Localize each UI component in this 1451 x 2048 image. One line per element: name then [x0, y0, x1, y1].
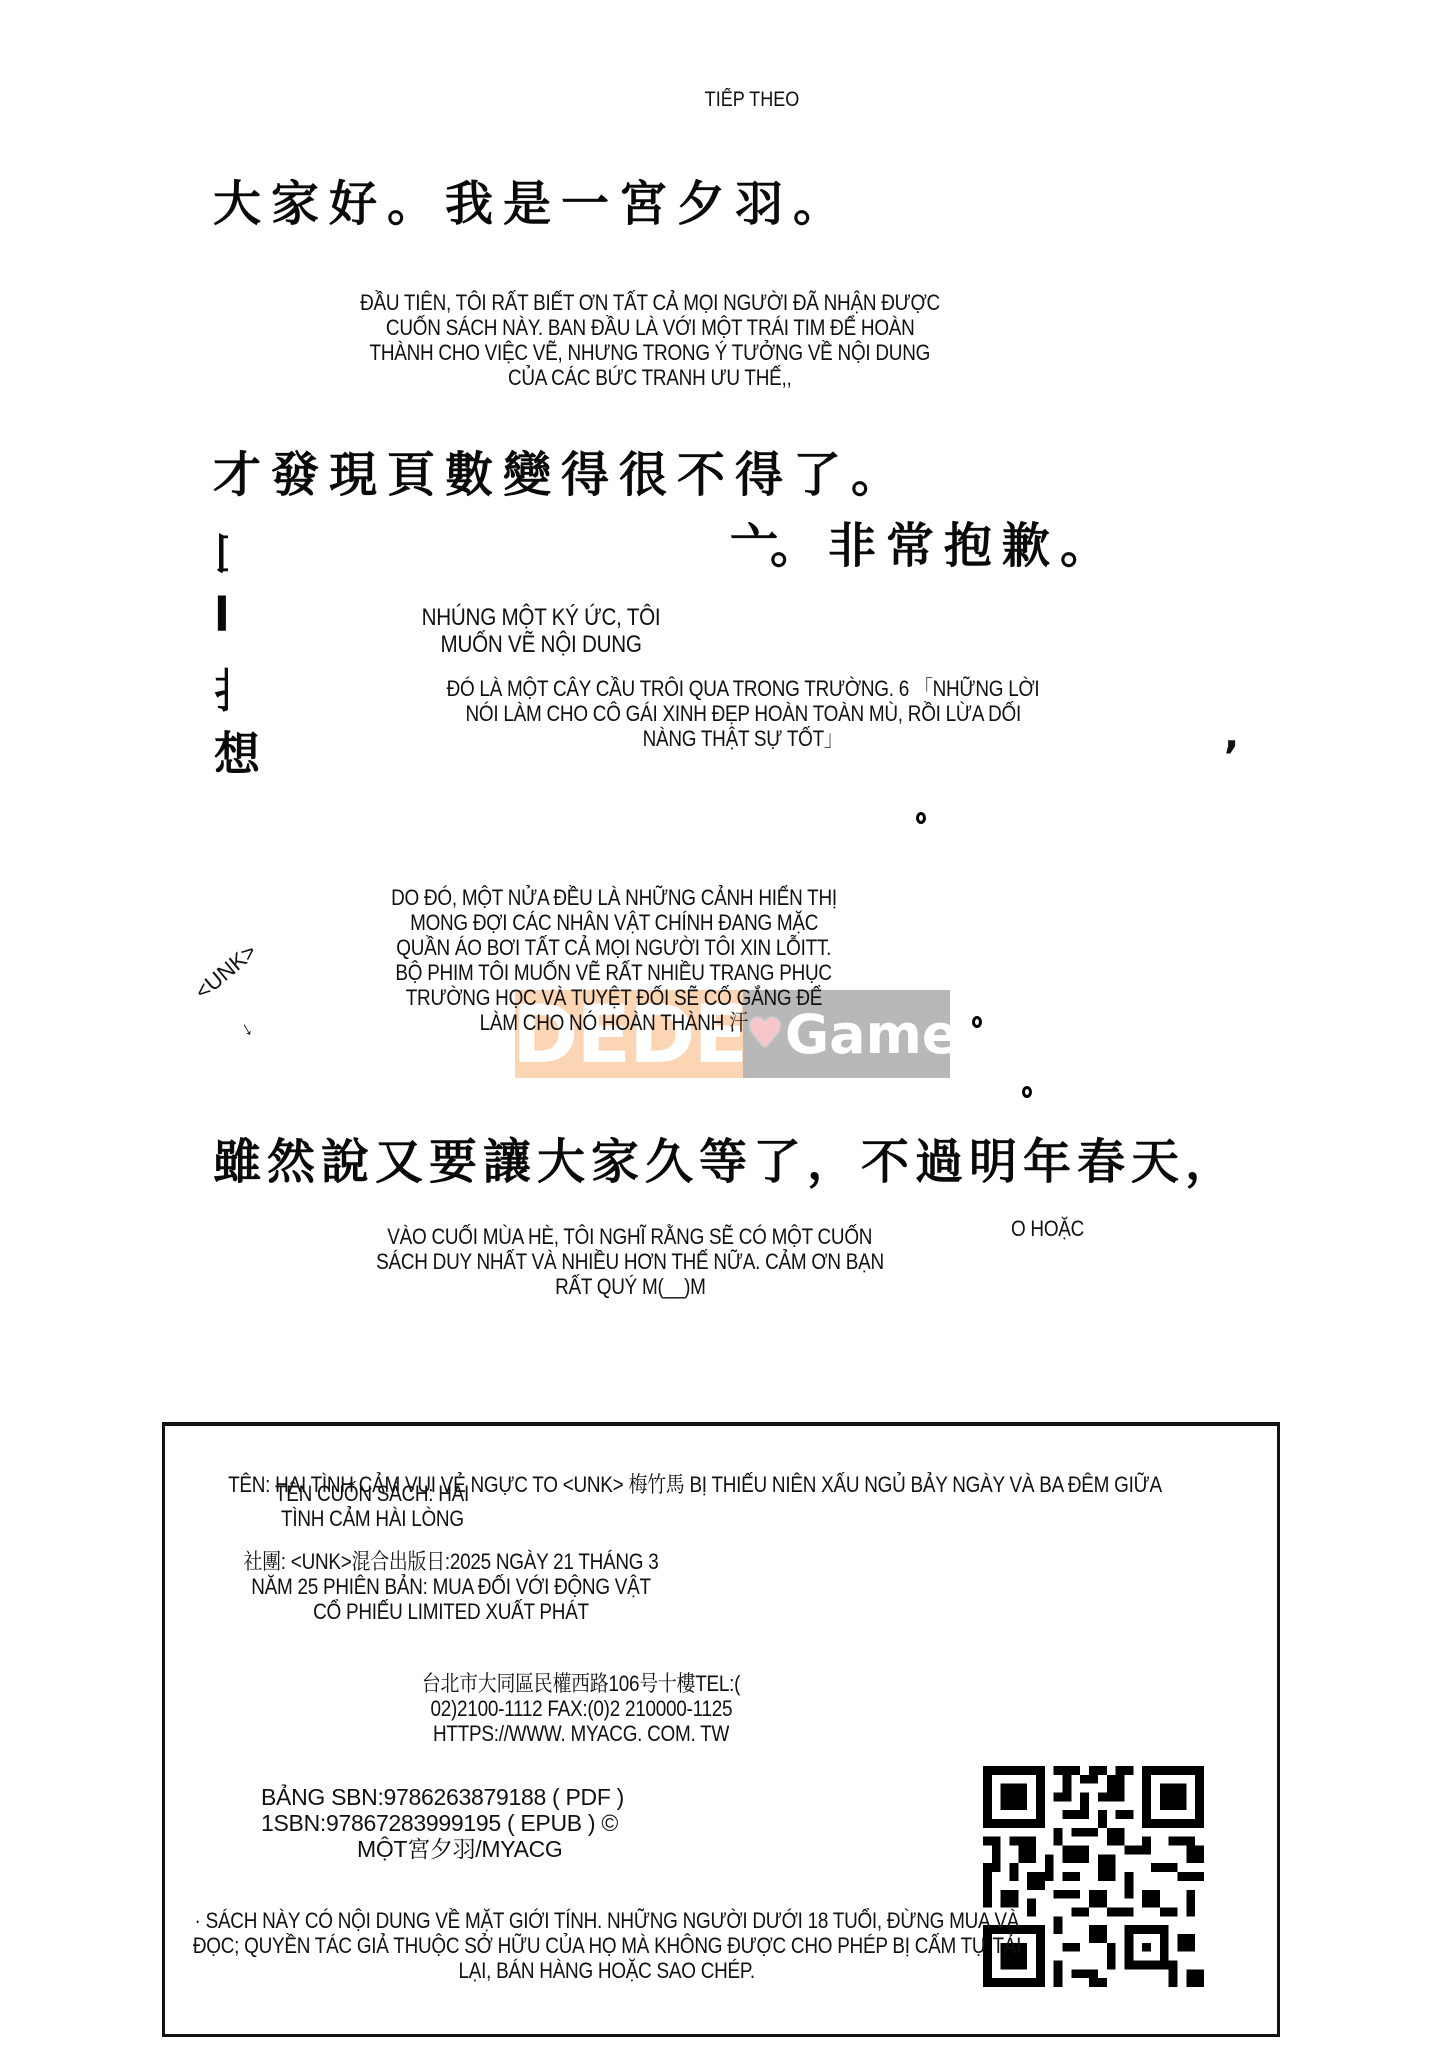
intro-paragraph: ĐẦU TIÊN, TÔI RẤT BIẾT ƠN TẤT CẢ MỌI NGƯ… [313, 290, 987, 390]
cut-char-1: 匚 [214, 518, 228, 584]
cjk-apology-line: 。非常抱歉。 [770, 518, 1118, 574]
colophon-address: 台北市大同區民權西路106号十樓TEL:( 02)2100-1112 FAX:(… [396, 1671, 766, 1746]
colophon-isbn: BẢNG SBN:9786263879188 ( PDF ) 1SBN:9786… [261, 1784, 624, 1862]
colophon-full-title: TÊN: HAI TÌNH CẢM VUI VẺ NGỰC TO <UNK> 梅… [152, 1472, 1238, 1497]
arrow-down-icon: ↓ [237, 1017, 257, 1042]
colophon-disclaimer: · SÁCH NÀY CÓ NỘI DUNG VỀ MẶT GIỚI TÍNH.… [125, 1908, 1088, 1983]
cut-char-4: 想 [214, 718, 260, 784]
cjk-greeting-line: 大家好。我是一宮夕羽。 [213, 176, 851, 232]
or-label: O HOẶC [1005, 1216, 1090, 1241]
cut-char-2: ll [214, 588, 228, 642]
stray-comma: , [1224, 712, 1239, 758]
cjk-closing-line: 雖然說又要讓大家久等了，不過明年春天， [213, 1134, 1239, 1190]
page-header-title: TIẾP THEO [697, 88, 807, 112]
cut-char-3: 扌 [214, 655, 228, 721]
colophon-publisher: 社團: <UNK>混合出版日:2025 NGÀY 21 THÁNG 3 NĂM … [210, 1549, 693, 1624]
stray-period-2 [972, 1016, 982, 1028]
unk-annotation: <UNK> [190, 939, 262, 1005]
stray-period-1 [916, 812, 926, 824]
swimsuit-paragraph: DO ĐÓ, MỘT NỬA ĐỀU LÀ NHỮNG CẢNH HIỂN TH… [355, 885, 873, 1035]
memory-paragraph: NHÚNG MỘT KÝ ỨC, TÔI MUỐN VẼ NỘI DUNG [402, 604, 680, 658]
cjk-page-count-line: 才發現頁數變得很不得了。 [213, 447, 909, 503]
closing-paragraph: VÀO CUỐI MÙA HÈ, TÔI NGHĨ RẰNG SẼ CÓ MỘT… [335, 1224, 925, 1299]
stray-period-3 [1022, 1086, 1032, 1098]
bridge-paragraph: ĐÓ LÀ MỘT CÂY CẦU TRÔI QUA TRONG TRƯỜNG.… [398, 676, 1087, 751]
